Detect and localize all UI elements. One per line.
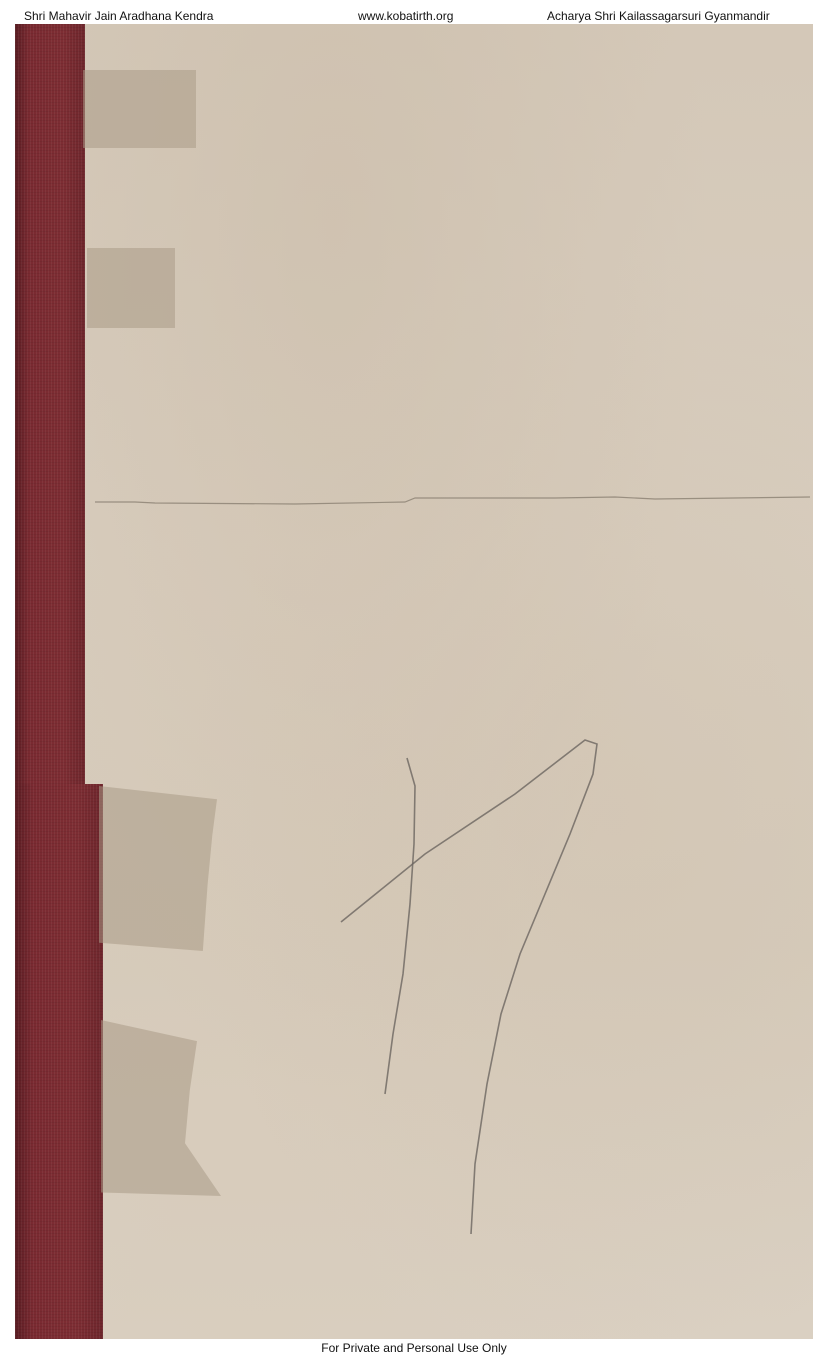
cloth-spine-lower <box>15 784 103 1339</box>
pencil-marking <box>315 714 615 1254</box>
header-left-text: Shri Mahavir Jain Aradhana Kendra <box>24 9 213 23</box>
scanned-page-image <box>15 24 813 1339</box>
paper-crease <box>95 494 810 506</box>
page-header: Shri Mahavir Jain Aradhana Kendra www.ko… <box>0 0 828 24</box>
tape-strip <box>99 786 217 951</box>
footer-text: For Private and Personal Use Only <box>321 1341 506 1355</box>
tape-strip <box>101 1020 221 1196</box>
tape-strip <box>83 70 196 148</box>
tape-strip <box>87 248 175 328</box>
header-website-text: www.kobatirth.org <box>358 9 453 23</box>
page-footer: For Private and Personal Use Only <box>0 1339 828 1364</box>
header-right-text: Acharya Shri Kailassagarsuri Gyanmandir <box>547 9 770 23</box>
